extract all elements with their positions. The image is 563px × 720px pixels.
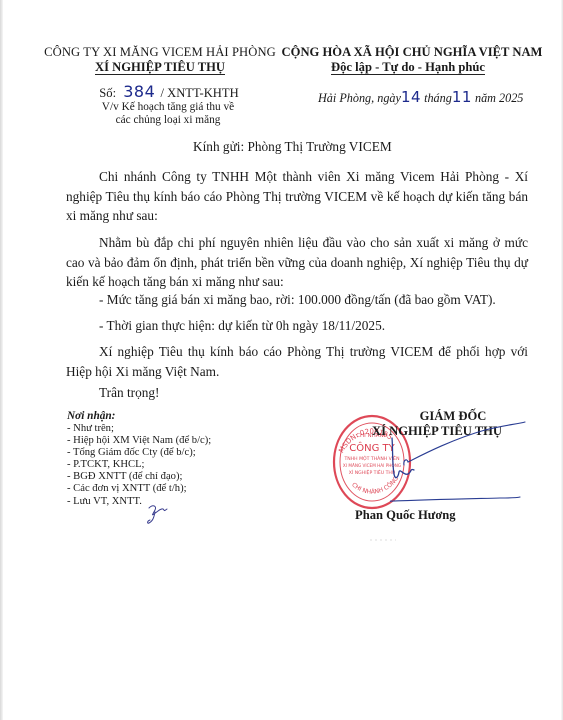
- recipient-item: - Tổng Giám đốc Cty (để b/c);: [67, 447, 211, 459]
- doc-number-label: Số:: [99, 86, 116, 100]
- paragraph-intro: Chi nhánh Công ty TNHH Một thành viên Xi…: [66, 167, 528, 226]
- bullet-price-increase: - Mức tăng giá bán xi măng bao, rời: 100…: [99, 290, 496, 310]
- nation-title: CỘNG HÒA XÃ HỘI CHỦ NGHĨA VIỆT NAM: [279, 45, 545, 60]
- recipients-label: Nơi nhận:: [67, 410, 211, 423]
- closing: Trân trọng!: [99, 385, 159, 401]
- date-month: 11: [452, 88, 472, 106]
- initials-mark-icon: [143, 500, 173, 526]
- svg-text:XÍ NGHIỆP TIÊU THỤ: XÍ NGHIỆP TIÊU THỤ: [349, 468, 395, 476]
- date-place: Hải Phòng, ngày: [318, 91, 401, 105]
- recipient-item: - Các đơn vị XNTT (để t/h);: [67, 483, 211, 495]
- document-page: CÔNG TY XI MĂNG VICEM HẢI PHÒNG XÍ NGHIỆ…: [0, 0, 563, 720]
- recipients-list: Nơi nhận: - Như trên; - Hiệp hội XM Việt…: [67, 410, 211, 508]
- bullet-effective-time: - Thời gian thực hiện: dự kiến từ 0h ngà…: [99, 316, 385, 336]
- paragraph-reason: Nhằm bù đắp chi phí nguyên nhiên liệu đầ…: [66, 233, 528, 292]
- recipient-item: - BGĐ XNTT (để chỉ đạo);: [67, 471, 211, 483]
- faint-mark-icon: [366, 536, 400, 544]
- date-month-label: tháng: [424, 91, 452, 105]
- date-line: Hải Phòng, ngày14 tháng11 năm 2025: [318, 89, 523, 106]
- date-year: năm 2025: [475, 91, 523, 105]
- paragraph-coordination: Xí nghiệp Tiêu thụ kính báo cáo Phòng Th…: [66, 342, 528, 381]
- recipient-item: - Hiệp hội XM Việt Nam (để b/c);: [67, 435, 211, 447]
- national-header: CỘNG HÒA XÃ HỘI CHỦ NGHĨA VIỆT NAM Độc l…: [285, 45, 545, 75]
- handwritten-signature-icon: [390, 420, 530, 510]
- recipient-item: - Như trên;: [67, 423, 211, 435]
- national-motto: Độc lập - Tự do - Hạnh phúc: [271, 60, 545, 75]
- date-day: 14: [401, 88, 421, 106]
- svg-text:CÔNG TY: CÔNG TY: [349, 441, 395, 454]
- subject-line-2: các chủng loại xi măng: [40, 114, 280, 127]
- unit-name: XÍ NGHIỆP TIÊU THỤ: [40, 60, 280, 75]
- salutation: Kính gửi: Phòng Thị Trường VICEM: [193, 139, 392, 155]
- doc-number-handwritten: 384: [123, 82, 155, 101]
- doc-number-suffix: / XNTT-KHTH: [160, 86, 238, 100]
- organization-name: CÔNG TY XI MĂNG VICEM HẢI PHÒNG: [40, 45, 280, 60]
- recipient-item: - Lưu VT, XNTT.: [67, 496, 211, 508]
- signer-name: Phan Quốc Hương: [355, 508, 456, 523]
- recipient-item: - P.TCKT, KHCL;: [67, 459, 211, 471]
- document-number: Số: 384 / XNTT-KHTH: [40, 84, 280, 101]
- page-edge-left: [0, 0, 3, 720]
- issuer-header: CÔNG TY XI MĂNG VICEM HẢI PHÒNG XÍ NGHIỆ…: [40, 45, 280, 126]
- motto-text: Độc lập - Tự do - Hạnh phúc: [331, 60, 485, 75]
- unit-name-text: XÍ NGHIỆP TIÊU THỤ: [95, 61, 225, 75]
- subject-line-1: V/v Kế hoạch tăng giá thu về: [40, 101, 280, 114]
